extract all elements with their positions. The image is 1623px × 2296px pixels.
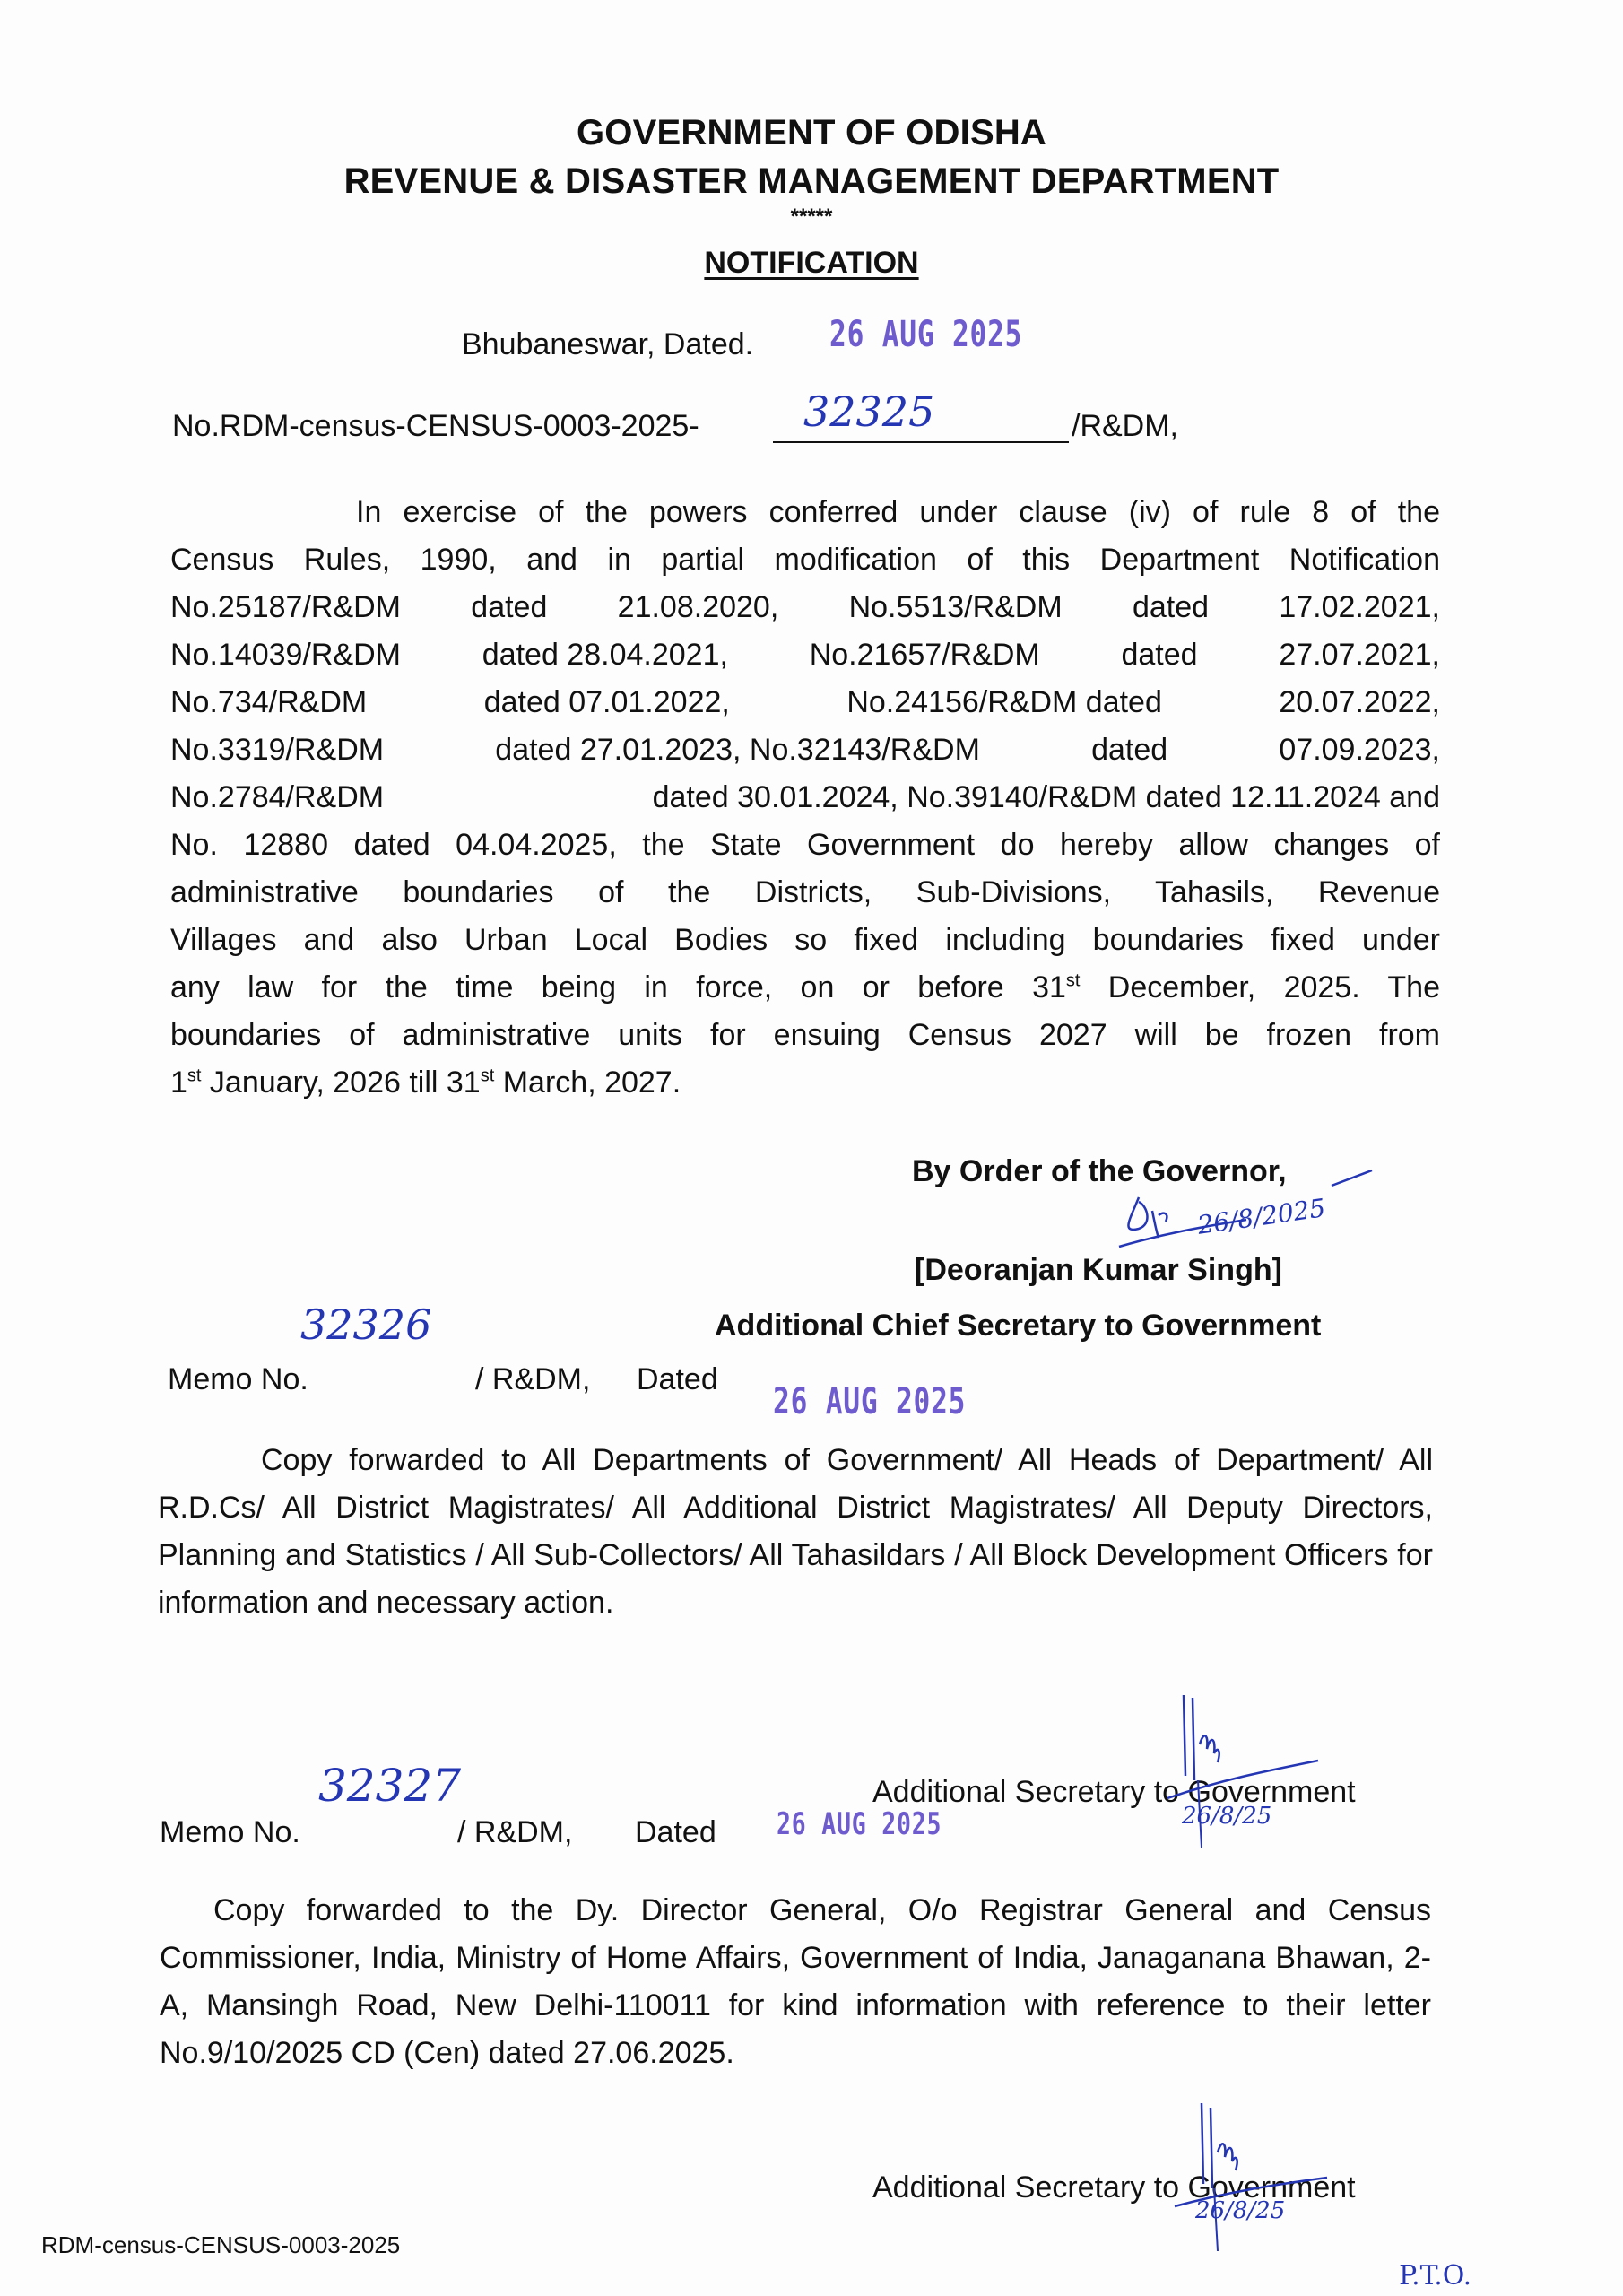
body-text: dated 07.01.2022, <box>484 679 730 726</box>
notification-page: GOVERNMENT OF ODISHA REVENUE & DISASTER … <box>0 0 1623 2296</box>
reference-suffix: /R&DM, <box>1072 403 1178 450</box>
signature-date-as-1: 26/8/25 <box>1182 1803 1271 1830</box>
reference-number-line <box>773 441 1069 443</box>
signature-date-as-2: 26/8/25 <box>1195 2197 1285 2224</box>
signature-as-1-icon <box>1166 1691 1399 1861</box>
memo1-date-stamp: 26 AUG 2025 <box>773 1381 966 1422</box>
signatory-title: Additional Chief Secretary to Government <box>715 1302 1321 1350</box>
body-text: In exercise of the powers conferred unde… <box>356 489 1440 536</box>
body-text: dated 30.01.2024, No.39140/R&DM dated 12… <box>653 774 1440 822</box>
memo1-dept: / R&DM, <box>475 1356 590 1404</box>
date-stamp: 26 AUG 2025 <box>829 314 1022 355</box>
body-line: No.2784/R&DMdated 30.01.2024, No.39140/R… <box>170 774 1440 822</box>
body-text: No.21657/R&DM <box>810 631 1040 679</box>
handwritten-memo-number-1: 32326 <box>300 1300 431 1349</box>
body-line: No.14039/R&DMdated 28.04.2021,No.21657/R… <box>170 631 1440 679</box>
body-text: Villages and also Urban Local Bodies so … <box>170 917 1440 964</box>
body-text: Census Rules, 1990, and in partial modif… <box>170 536 1440 584</box>
notification-heading-text: NOTIFICATION <box>704 246 918 280</box>
handwritten-memo-number-2: 32327 <box>318 1760 461 1812</box>
body-text: any law for the time being in force, on … <box>170 964 1440 1012</box>
body-text: administrative boundaries of the Distric… <box>170 869 1440 917</box>
body-line: Census Rules, 1990, and in partial modif… <box>170 536 1440 584</box>
memo2-dated-label: Dated <box>635 1809 716 1857</box>
body-text: 20.07.2022, <box>1279 679 1440 726</box>
memo1-copy-text: Copy forwarded to All Departments of Gov… <box>158 1437 1433 1627</box>
body-text: No.5513/R&DM <box>849 584 1063 631</box>
reference-prefix: No.RDM-census-CENSUS-0003-2025- <box>172 403 699 450</box>
memo1-label: Memo No. <box>168 1356 308 1404</box>
body-line: In exercise of the powers conferred unde… <box>170 489 1440 536</box>
body-text: No.25187/R&DM <box>170 584 401 631</box>
handwritten-reference-number: 32325 <box>803 387 934 436</box>
footer-file-code: RDM-census-CENSUS-0003-2025 <box>41 2231 400 2259</box>
memo2-copy-forwarded: Copy forwarded to the Dy. Director Gener… <box>160 1887 1431 2077</box>
memo2-copy-text: Copy forwarded to the Dy. Director Gener… <box>160 1887 1431 2077</box>
pto-note: P.T.O. <box>1399 2260 1471 2292</box>
body-line: any law for the time being in force, on … <box>170 964 1440 1012</box>
body-text: No.14039/R&DM <box>170 631 401 679</box>
department-title: REVENUE & DISASTER MANAGEMENT DEPARTMENT <box>0 161 1623 202</box>
body-text: 21.08.2020, <box>618 584 779 631</box>
memo2-date-stamp: 26 AUG 2025 <box>777 1806 942 1842</box>
body-text: No.3319/R&DM <box>170 726 384 774</box>
body-text: boundaries of administrative units for e… <box>170 1012 1440 1059</box>
memo1-copy-forwarded: Copy forwarded to All Departments of Gov… <box>158 1437 1433 1627</box>
body-text: dated <box>1091 726 1167 774</box>
body-text: dated <box>1121 631 1197 679</box>
body-line: administrative boundaries of the Distric… <box>170 869 1440 917</box>
body-line: Villages and also Urban Local Bodies so … <box>170 917 1440 964</box>
body-text: No.2784/R&DM <box>170 774 384 822</box>
body-text: No.24156/R&DM dated <box>846 679 1162 726</box>
signature-as-2-icon <box>1166 2099 1399 2260</box>
notification-heading: NOTIFICATION <box>0 246 1623 281</box>
body-text: dated <box>471 584 547 631</box>
dateline-label: Bhubaneswar, Dated. <box>462 321 753 369</box>
body-text: 27.07.2021, <box>1279 631 1440 679</box>
notification-body: In exercise of the powers conferred unde… <box>170 489 1440 1107</box>
signatory-name: [Deoranjan Kumar Singh] <box>915 1247 1282 1294</box>
body-line: 1st January, 2026 till 31st March, 2027. <box>170 1059 1440 1107</box>
body-text: dated 27.01.2023, No.32143/R&DM <box>495 726 980 774</box>
body-line: No.3319/R&DMdated 27.01.2023, No.32143/R… <box>170 726 1440 774</box>
body-text: No.734/R&DM <box>170 679 367 726</box>
body-text: dated 28.04.2021, <box>482 631 728 679</box>
body-text: 17.02.2021, <box>1279 584 1440 631</box>
body-line: No. 12880 dated 04.04.2025, the State Go… <box>170 822 1440 869</box>
body-line: No.734/R&DMdated 07.01.2022,No.24156/R&D… <box>170 679 1440 726</box>
separator-stars: ***** <box>0 204 1623 230</box>
body-line: boundaries of administrative units for e… <box>170 1012 1440 1059</box>
memo1-dated-label: Dated <box>637 1356 718 1404</box>
body-text: No. 12880 dated 04.04.2025, the State Go… <box>170 822 1440 869</box>
body-line: No.25187/R&DMdated21.08.2020,No.5513/R&D… <box>170 584 1440 631</box>
body-text: 1st January, 2026 till 31st March, 2027. <box>170 1059 681 1107</box>
body-text: 07.09.2023, <box>1279 726 1440 774</box>
memo2-dept: / R&DM, <box>457 1809 572 1857</box>
govt-title: GOVERNMENT OF ODISHA <box>0 113 1623 153</box>
body-text: dated <box>1133 584 1209 631</box>
memo2-label: Memo No. <box>160 1809 300 1857</box>
